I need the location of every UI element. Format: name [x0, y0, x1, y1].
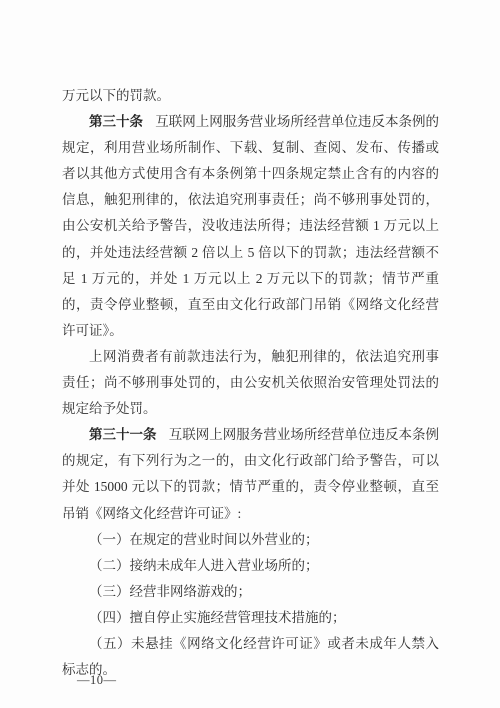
document-body: 万元以下的罚款。 第三十条互联网上网服务营业场所经营单位违反本条例的规定，利用营…	[62, 83, 439, 683]
document-page: 万元以下的罚款。 第三十条互联网上网服务营业场所经营单位违反本条例的规定，利用营…	[0, 0, 500, 708]
list-item-1: （一）在规定的营业时间以外营业的；	[62, 527, 439, 553]
page-number: —10—	[77, 673, 117, 687]
list-item-3: （三）经营非网络游戏的；	[62, 579, 439, 605]
article-30-text: 互联网上网服务营业场所经营单位违反本条例的规定，利用营业场所制作、下载、复制、查…	[62, 114, 439, 338]
paragraph-text: 上网消费者有前款违法行为，触犯刑律的，依法追究刑事责任；尚不够刑事处罚的，由公安…	[62, 349, 439, 416]
list-item-5: （五）未悬挂《网络文化经营许可证》或者未成年人禁入标志的。	[62, 631, 439, 683]
paragraph-text: 万元以下的罚款。	[62, 88, 170, 103]
list-item-text: （一）在规定的营业时间以外营业的；	[89, 532, 319, 547]
paragraph-article-30: 第三十条互联网上网服务营业场所经营单位违反本条例的规定，利用营业场所制作、下载、…	[62, 109, 439, 344]
list-item-text: （五）未悬挂《网络文化经营许可证》或者未成年人禁入标志的。	[62, 636, 439, 677]
paragraph-continuation: 万元以下的罚款。	[62, 83, 439, 109]
paragraph-consumer-clause: 上网消费者有前款违法行为，触犯刑律的，依法追究刑事责任；尚不够刑事处罚的，由公安…	[62, 344, 439, 422]
list-item-text: （四）擅自停止实施经营管理技术措施的；	[89, 610, 346, 625]
article-30-number: 第三十条	[89, 114, 143, 129]
list-item-text: （二）接纳未成年人进入营业场所的；	[89, 558, 319, 573]
article-31-number: 第三十一条	[89, 427, 157, 442]
list-item-4: （四）擅自停止实施经营管理技术措施的；	[62, 605, 439, 631]
list-item-text: （三）经营非网络游戏的；	[89, 584, 251, 599]
list-item-2: （二）接纳未成年人进入营业场所的；	[62, 553, 439, 579]
paragraph-article-31: 第三十一条互联网上网服务营业场所经营单位违反本条例的规定，有下列行为之一的，由文…	[62, 422, 439, 526]
